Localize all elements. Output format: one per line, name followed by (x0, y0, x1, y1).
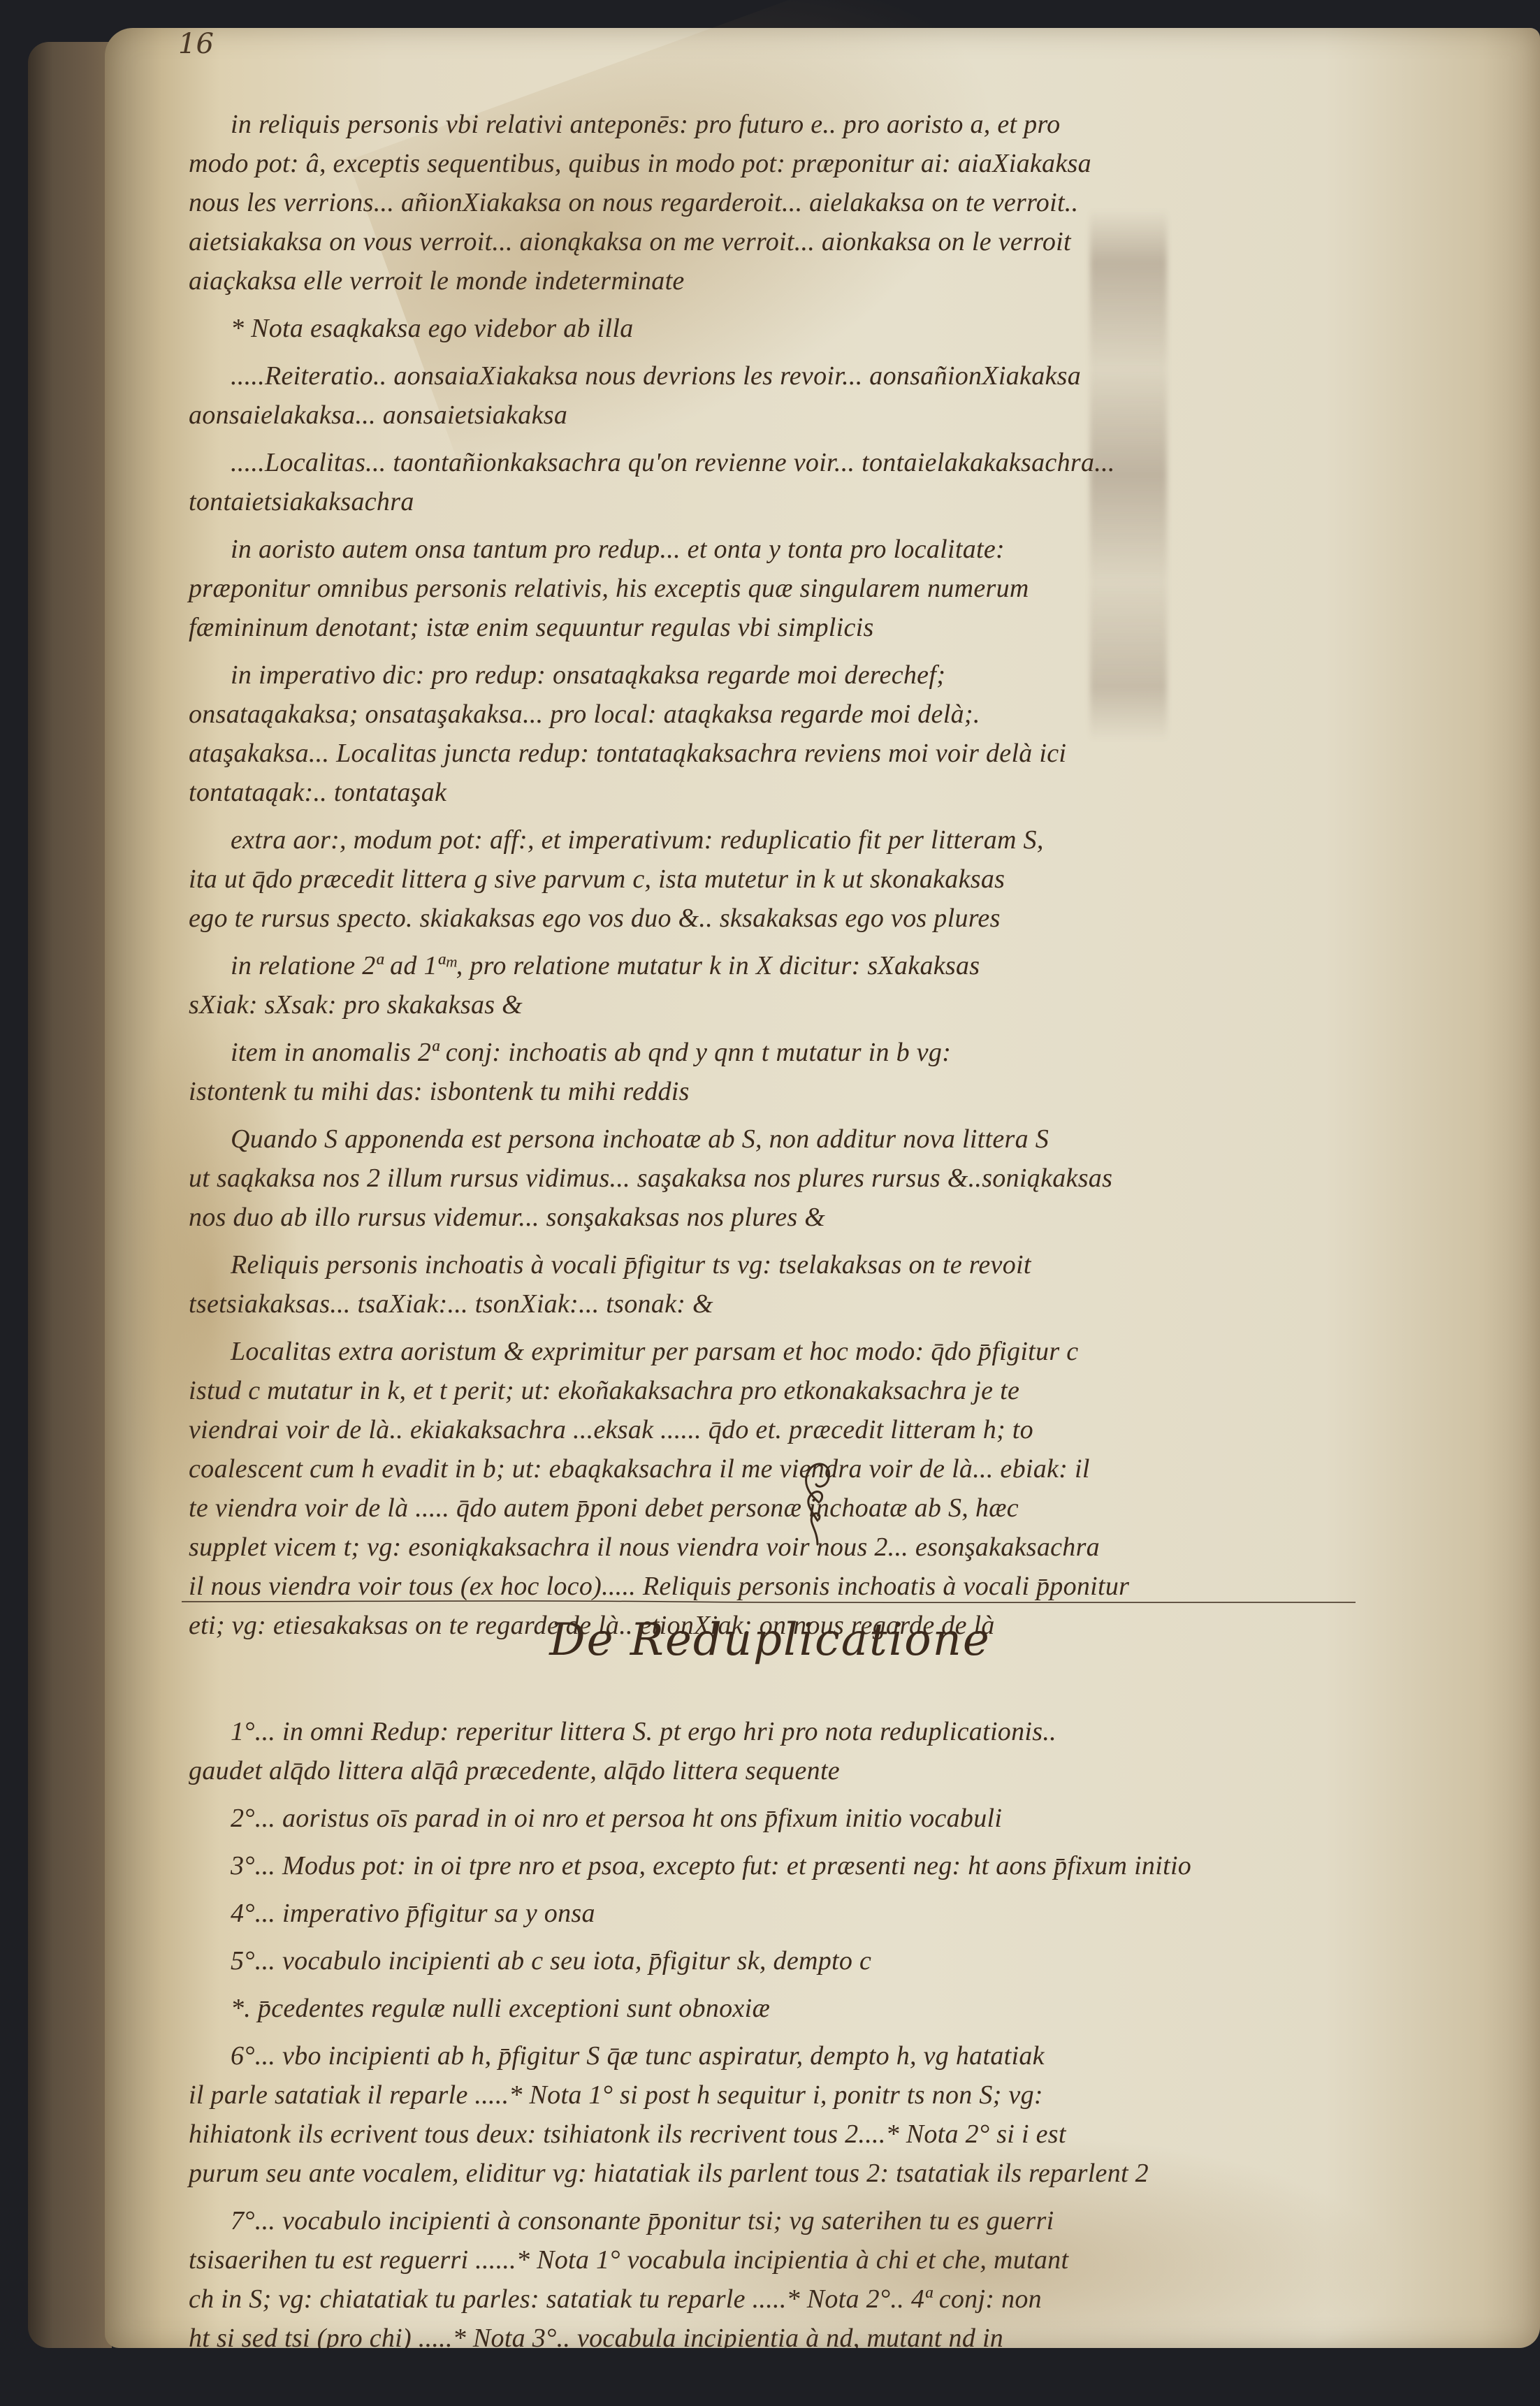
manuscript-line: tsisaerihen tu est reguerri ......* Nota… (189, 2240, 1488, 2280)
text-paragraph: * Nota esaąkaksa ego videbor ab illa (189, 309, 1488, 348)
manuscript-line: ita ut q̄do præcedit littera g sive parv… (189, 860, 1488, 899)
rule-item: 6°... vbo incipienti ab h, p̄figitur S q… (189, 2036, 1488, 2193)
manuscript-line: aonsaielakaksa... aonsaietsiakaksa (189, 396, 1488, 435)
manuscript-line: 7°... vocabulo incipienti à consonante p… (189, 2201, 1488, 2240)
manuscript-line: in relatione 2ª ad 1ªᵐ, pro relatione mu… (189, 946, 1488, 985)
manuscript-line: gaudet alq̄do littera alq̄â præcedente, … (189, 1751, 1488, 1790)
manuscript-line: nos duo ab illo rursus videmur... sonşak… (189, 1198, 1488, 1237)
manuscript-line: ut saąkaksa nos 2 illum rursus vidimus..… (189, 1159, 1488, 1198)
rule-item: 3°... Modus pot: in oi tpre nro et psoa,… (189, 1846, 1488, 1885)
manuscript-line: 6°... vbo incipienti ab h, p̄figitur S q… (189, 2036, 1488, 2075)
text-paragraph: Quando S apponenda est persona inchoatæ … (189, 1119, 1488, 1237)
upper-paragraphs: in reliquis personis vbi relativi antepo… (189, 105, 1488, 1653)
rule-item: *. p̄cedentes regulæ nulli exceptioni su… (189, 1989, 1488, 2028)
manuscript-line: ch in S; vg: chiatatiak tu parles: satat… (189, 2280, 1488, 2319)
section-title: De Reduplicatione (0, 1614, 1540, 1666)
text-paragraph: in relatione 2ª ad 1ªᵐ, pro relatione mu… (189, 946, 1488, 1024)
manuscript-line: in imperativo dic: pro redup: onsataąkak… (189, 655, 1488, 695)
manuscript-line: il parle satatiak il reparle .....* Nota… (189, 2075, 1488, 2115)
manuscript-line: ataşakaksa... Localitas juncta redup: to… (189, 734, 1488, 773)
rule-item: 1°... in omni Redup: reperitur littera S… (189, 1712, 1488, 1790)
manuscript-line: .....Localitas... taontañionkaksachra qu… (189, 443, 1488, 482)
manuscript-line: Localitas extra aoristum & exprimitur pe… (189, 1332, 1488, 1371)
manuscript-line: tontataąak:.. tontataşak (189, 773, 1488, 812)
manuscript-line: 4°... imperativo p̄figitur sa y onsa (189, 1894, 1488, 1933)
manuscript-line: fæmininum denotant; istæ enim sequuntur … (189, 608, 1488, 647)
text-paragraph: Reliquis personis inchoatis à vocali p̄f… (189, 1245, 1488, 1324)
manuscript-line: nous les verrions... añionXiakaksa on no… (189, 183, 1488, 222)
text-paragraph: extra aor:, modum pot: aff:, et imperati… (189, 820, 1488, 938)
manuscript-line: extra aor:, modum pot: aff:, et imperati… (189, 820, 1488, 860)
manuscript-line: ego te rursus specto. skiakaksas ego vos… (189, 899, 1488, 938)
text-paragraph: in imperativo dic: pro redup: onsataąkak… (189, 655, 1488, 812)
manuscript-line: 5°... vocabulo incipienti ab c seu iota,… (189, 1941, 1488, 1980)
manuscript-line: tontaietsiakaksachra (189, 482, 1488, 521)
spiral-flourish-icon (790, 1454, 845, 1551)
manuscript-line: modo pot: â, exceptis sequentibus, quibu… (189, 144, 1488, 183)
manuscript-line: Quando S apponenda est persona inchoatæ … (189, 1119, 1488, 1159)
text-paragraph: in reliquis personis vbi relativi antepo… (189, 105, 1488, 300)
manuscript-line: præponitur omnibus personis relativis, h… (189, 569, 1488, 608)
manuscript-line: purum seu ante vocalem, eliditur vg: hia… (189, 2154, 1488, 2193)
manuscript-line: istud c mutatur in k, et t perit; ut: ek… (189, 1371, 1488, 1410)
manuscript-line: 3°... Modus pot: in oi tpre nro et psoa,… (189, 1846, 1488, 1885)
manuscript-line: aiaçkaksa elle verroit le monde indeterm… (189, 261, 1488, 300)
rule-item: 2°... aoristus oīs parad in oi nro et pe… (189, 1799, 1488, 1838)
manuscript-line: in aoristo autem onsa tantum pro redup..… (189, 530, 1488, 569)
manuscript-line: tsetsiakaksas... tsaXiak:... tsonXiak:..… (189, 1284, 1488, 1324)
scan-background-bottom (0, 2348, 1540, 2406)
text-paragraph: in aoristo autem onsa tantum pro redup..… (189, 530, 1488, 647)
manuscript-line: in reliquis personis vbi relativi antepo… (189, 105, 1488, 144)
manuscript-line: onsataąakaksa; onsataşakaksa... pro loca… (189, 695, 1488, 734)
page-number: 16 (178, 28, 214, 60)
manuscript-line: .....Reiteratio.. aonsaiaXiakaksa nous d… (189, 356, 1488, 396)
manuscript-line: Reliquis personis inchoatis à vocali p̄f… (189, 1245, 1488, 1284)
section-divider-line (182, 1600, 1356, 1603)
manuscript-line: hihiatonk ils ecrivent tous deux: tsihia… (189, 2115, 1488, 2154)
text-paragraph: .....Localitas... taontañionkaksachra qu… (189, 443, 1488, 521)
text-paragraph: item in anomalis 2ª conj: inchoatis ab q… (189, 1033, 1488, 1111)
rule-item: 5°... vocabulo incipienti ab c seu iota,… (189, 1941, 1488, 1980)
manuscript-line: *. p̄cedentes regulæ nulli exceptioni su… (189, 1989, 1488, 2028)
text-paragraph: .....Reiteratio.. aonsaiaXiakaksa nous d… (189, 356, 1488, 435)
manuscript-line: 2°... aoristus oīs parad in oi nro et pe… (189, 1799, 1488, 1838)
book-binding-edge (28, 42, 112, 2348)
manuscript-line: viendrai voir de là.. ekiakaksachra ...e… (189, 1410, 1488, 1449)
manuscript-line: istontenk tu mihi das: isbontenk tu mihi… (189, 1072, 1488, 1111)
manuscript-line: sXiak: sXsak: pro skakaksas & (189, 985, 1488, 1024)
reduplication-rules: 1°... in omni Redup: reperitur littera S… (189, 1712, 1488, 2405)
rule-item: 4°... imperativo p̄figitur sa y onsa (189, 1894, 1488, 1933)
manuscript-line: aietsiakaksa on vous verroit... aionąkak… (189, 222, 1488, 261)
manuscript-line: 1°... in omni Redup: reperitur littera S… (189, 1712, 1488, 1751)
manuscript-line: * Nota esaąkaksa ego videbor ab illa (189, 309, 1488, 348)
manuscript-line: item in anomalis 2ª conj: inchoatis ab q… (189, 1033, 1488, 1072)
